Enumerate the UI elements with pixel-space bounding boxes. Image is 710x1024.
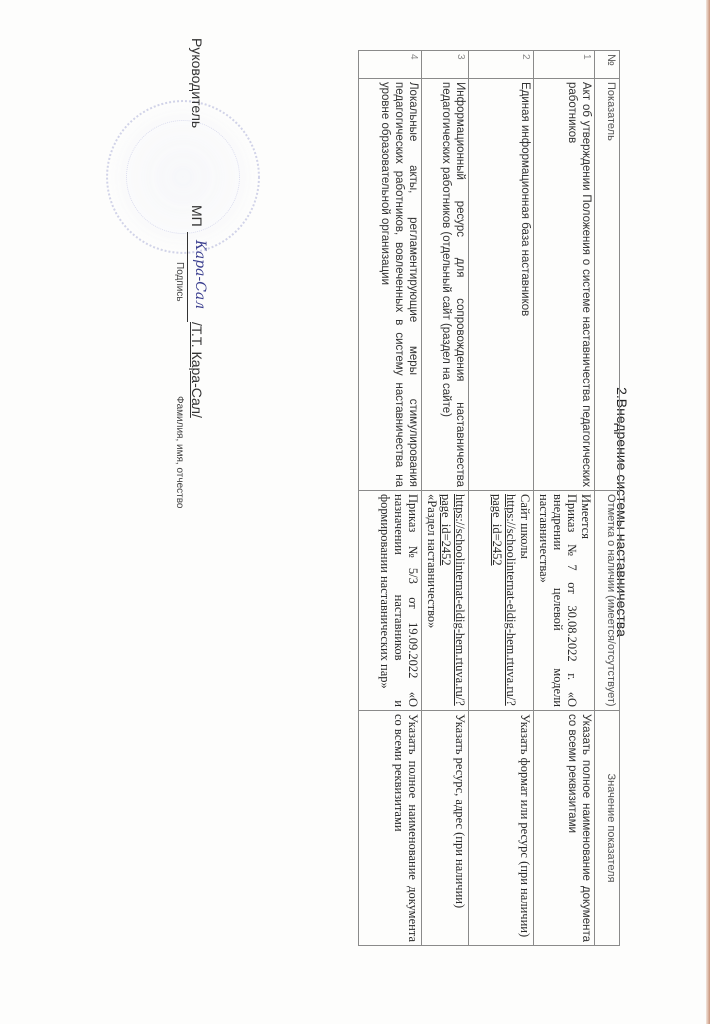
document-page: 2.Внедрение системы наставничества № Пок… <box>0 0 710 1024</box>
role-label: Руководитель <box>189 38 205 128</box>
stamp-label: МП <box>189 205 205 227</box>
official-stamp <box>106 100 260 254</box>
signature-block: Руководитель МП Кара-Сал Подпись /Т.Т. К… <box>0 0 710 1024</box>
handwritten-signature: Кара-Сал <box>192 240 208 309</box>
name-caption: Фамилия, имя, отчество <box>174 396 185 509</box>
signature-line <box>187 232 188 322</box>
signature-caption: Подпись <box>174 262 185 302</box>
signer-name: /Т.Т. Кара-Сал/ <box>189 322 205 418</box>
